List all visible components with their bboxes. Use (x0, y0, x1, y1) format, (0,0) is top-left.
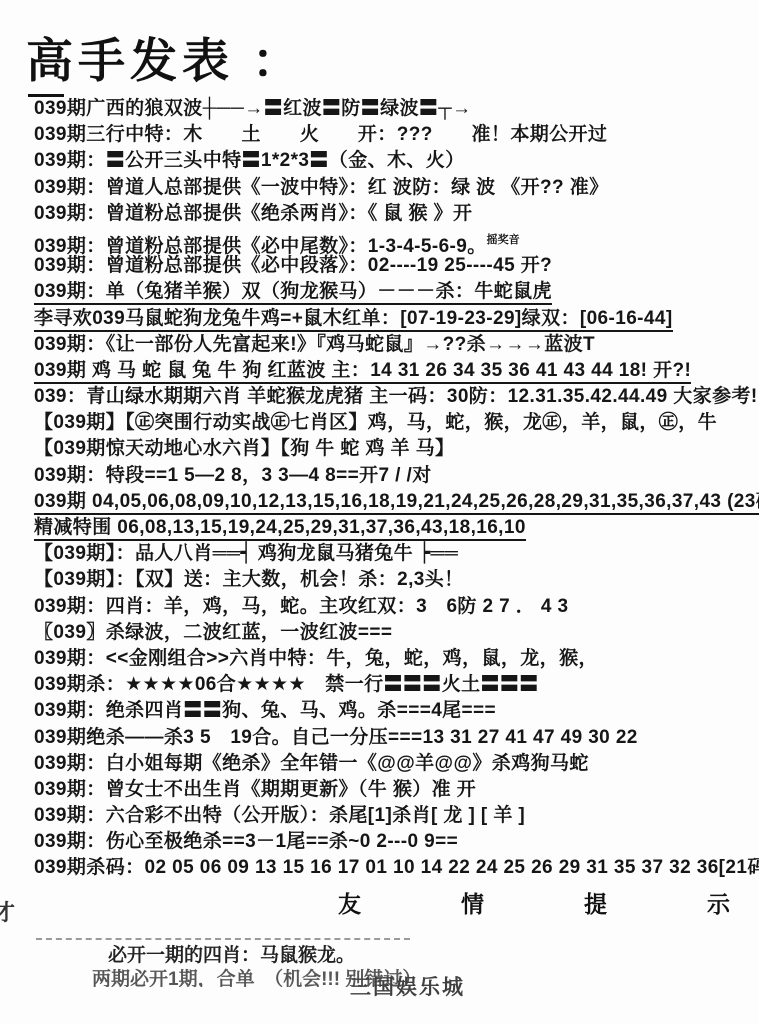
text-line-content: 039期：曾道人总部提供《一波中特》：红 波防：绿 波 《开?? 准》 (34, 177, 609, 198)
text-line: 039期：绝杀四肖〓〓狗、兔、马、鸡。杀===4尾=== (34, 698, 759, 724)
text-line: 039期：白小姐每期《绝杀》全年错一《@@羊@@》杀鸡狗马蛇 (34, 751, 759, 777)
text-line: 039期三行中特：木 土 火 开：??? 准！本期公开过 (34, 122, 759, 148)
text-line: 039期：四肖：羊，鸡，马，蛇。主攻红双：3 6防 2 7 ． 4 3 (34, 594, 759, 620)
notice-char: 示 (707, 886, 730, 919)
text-line: 039期绝杀——杀3 5 19合。自己一分压===13 31 27 41 47 … (34, 725, 759, 751)
text-line: 039期：特段==1 5—2 8，3 3—4 8==开7 / /对 (34, 463, 759, 489)
text-line: 039期：<<金刚组合>>六肖中特：牛，兔，蛇，鸡，鼠，龙，猴， (34, 646, 759, 672)
text-line: 039期：《让一部份人先富起来!》『鸡马蛇鼠』→??杀→→→蓝波T (34, 332, 759, 358)
text-line-content: 039期：白小姐每期《绝杀》全年错一《@@羊@@》杀鸡狗马蛇 (34, 753, 589, 774)
text-line: 039期：曾女士不出生肖《期期更新》（牛 猴）准 开 (34, 777, 759, 803)
text-line: 精减特围 06,08,13,15,19,24,25,29,31,37,36,43… (34, 515, 759, 541)
text-line-content: 039期：六合彩不出特（公开版）：杀尾[1]杀肖[ 龙 ] [ 羊 ] (34, 805, 525, 826)
text-line: 039期 鸡 马 蛇 鼠 兔 牛 狗 红蓝波 主：14 31 26 34 35 … (34, 358, 759, 384)
text-line-content: 039期：伤心至极绝杀==3－1尾==杀~0 2---0 9== (34, 831, 458, 852)
text-line: 039期：曾道粉总部提供《必中尾数》：1-3-4-5-6-9。摇奖音 (34, 227, 759, 253)
text-line: 【039期惊天动地心水六肖】【狗 牛 蛇 鸡 羊 马】 (34, 436, 759, 462)
text-line-content: 039期三行中特：木 土 火 开：??? 准！本期公开过 (34, 124, 607, 145)
text-line: 039期广西的狼双波┼──→〓红波〓防〓绿波〓┬→ (34, 96, 759, 122)
tips-list: 039期广西的狼双波┼──→〓红波〓防〓绿波〓┬→039期三行中特：木 土 火 … (34, 96, 759, 882)
text-line-content: 〖039〗杀绿波，二波红蓝，一波红波=== (34, 622, 392, 643)
text-line: 【039期】【㊣突围行动实战㊣七肖区】鸡，马，蛇，猴，龙㊣，羊，鼠，㊣，牛 (34, 410, 759, 436)
text-line-content: 精减特围 06,08,13,15,19,24,25,29,31,37,36,43… (34, 517, 526, 541)
text-line-content: 039期：四肖：羊，鸡，马，蛇。主攻红双：3 6防 2 7 ． 4 3 (34, 596, 569, 617)
notice-char: 情 (461, 886, 484, 919)
text-line: 039期杀：★★★★06合★★★★ 禁一行〓〓〓火土〓〓〓 (34, 672, 759, 698)
page-title: 高手发表 ： (26, 24, 304, 91)
text-line-content: 039期：《让一部份人先富起来!》『鸡马蛇鼠』→??杀→→→蓝波T (34, 334, 595, 355)
text-line-content: 039期 鸡 马 蛇 鼠 兔 牛 狗 红蓝波 主：14 31 26 34 35 … (34, 360, 691, 384)
text-line: 039期：曾道粉总部提供《必中段落》：02----19 25----45 开? (34, 253, 759, 279)
text-line: 【039期】：品人八肖══┥ 鸡狗龙鼠马猪兔牛 ┝══ (34, 541, 759, 567)
text-line-content: 039期：特段==1 5—2 8，3 3—4 8==开7 / /对 (34, 465, 432, 486)
text-line-content: 039期：曾道粉总部提供《绝杀两肖》：《 鼠 猴 》开 (34, 203, 472, 224)
text-line-content: 039期：绝杀四肖〓〓狗、兔、马、鸡。杀===4尾=== (34, 700, 496, 721)
text-line-content: 039期 04,05,06,08,09,10,12,13,15,16,18,19… (34, 491, 759, 515)
text-line-content: 039期：单（兔猪羊猴）双（狗龙猴马）－－－杀：牛蛇鼠虎 (34, 281, 552, 305)
text-line: 039期：单（兔猪羊猴）双（狗龙猴马）－－－杀：牛蛇鼠虎 (34, 279, 759, 305)
text-line-content: 【039期】：【双】送：主大数，机会！杀：2,3头！ (34, 569, 464, 590)
text-line-content: 039期广西的狼双波┼──→〓红波〓防〓绿波〓┬→ (34, 98, 472, 119)
text-line-content: 李寻欢039马鼠蛇狗龙兔牛鸡=+鼠木红单：[07-19-23-29]绿双：[06… (34, 308, 673, 332)
left-edge-fragment: 才 (0, 896, 15, 927)
text-line-content: 【039期】：品人八肖══┥ 鸡狗龙鼠马猪兔牛 ┝══ (34, 543, 458, 564)
text-line: 李寻欢039马鼠蛇狗龙兔牛鸡=+鼠木红单：[07-19-23-29]绿双：[06… (34, 306, 759, 332)
text-line: 【039期】：【双】送：主大数，机会！杀：2,3头！ (34, 567, 759, 593)
text-line: 〖039〗杀绿波，二波红蓝，一波红波=== (34, 620, 759, 646)
text-line-content: 039期：〓公开三头中特〓1*2*3〓（金、木、火） (34, 150, 465, 171)
text-line: 039期：〓公开三头中特〓1*2*3〓（金、木、火） (34, 148, 759, 174)
footer-note-1: 必开一期的四肖：马鼠猴龙。 (108, 940, 355, 967)
page: 高手发表 ： 039期广西的狼双波┼──→〓红波〓防〓绿波〓┬→039期三行中特… (0, 0, 759, 1024)
notice-char: 提 (584, 886, 607, 919)
text-line-content: 039期杀：★★★★06合★★★★ 禁一行〓〓〓火土〓〓〓 (34, 674, 539, 695)
text-line-content: 039期：<<金刚组合>>六肖中特：牛，兔，蛇，鸡，鼠，龙，猴， (34, 648, 598, 669)
text-line-content: 039：青山绿水期期六肖 羊蛇猴龙虎猪 主一码：30防：12.31.35.42.… (34, 386, 758, 407)
watermark-text: 三国娱乐城 (350, 971, 465, 1001)
text-line: 039期：曾道人总部提供《一波中特》：红 波防：绿 波 《开?? 准》 (34, 175, 759, 201)
text-line-content: 【039期惊天动地心水六肖】【狗 牛 蛇 鸡 羊 马】 (34, 438, 454, 459)
text-line: 039：青山绿水期期六肖 羊蛇猴龙虎猪 主一码：30防：12.31.35.42.… (34, 384, 759, 410)
text-line-content: 039期：曾女士不出生肖《期期更新》（牛 猴）准 开 (34, 779, 476, 800)
notice-char: 友 (338, 886, 361, 919)
friendly-notice: 友 情 提 示 (338, 886, 730, 919)
text-line-content: 039期：曾道粉总部提供《必中段落》：02----19 25----45 开? (34, 255, 552, 276)
text-line: 039期：伤心至极绝杀==3－1尾==杀~0 2---0 9== (34, 829, 759, 855)
text-line: 039期：曾道粉总部提供《绝杀两肖》：《 鼠 猴 》开 (34, 201, 759, 227)
superscript-note: 摇奖音 (487, 234, 520, 246)
text-line-content: 039期杀码：02 05 06 09 13 15 16 17 01 10 14 … (34, 857, 759, 878)
text-line: 039期杀码：02 05 06 09 13 15 16 17 01 10 14 … (34, 855, 759, 881)
text-line-content: 039期绝杀——杀3 5 19合。自己一分压===13 31 27 41 47 … (34, 727, 638, 748)
text-line: 039期 04,05,06,08,09,10,12,13,15,16,18,19… (34, 489, 759, 515)
text-line: 039期：六合彩不出特（公开版）：杀尾[1]杀肖[ 龙 ] [ 羊 ] (34, 803, 759, 829)
text-line-content: 【039期】【㊣突围行动实战㊣七肖区】鸡，马，蛇，猴，龙㊣，羊，鼠，㊣，牛 (34, 412, 717, 433)
